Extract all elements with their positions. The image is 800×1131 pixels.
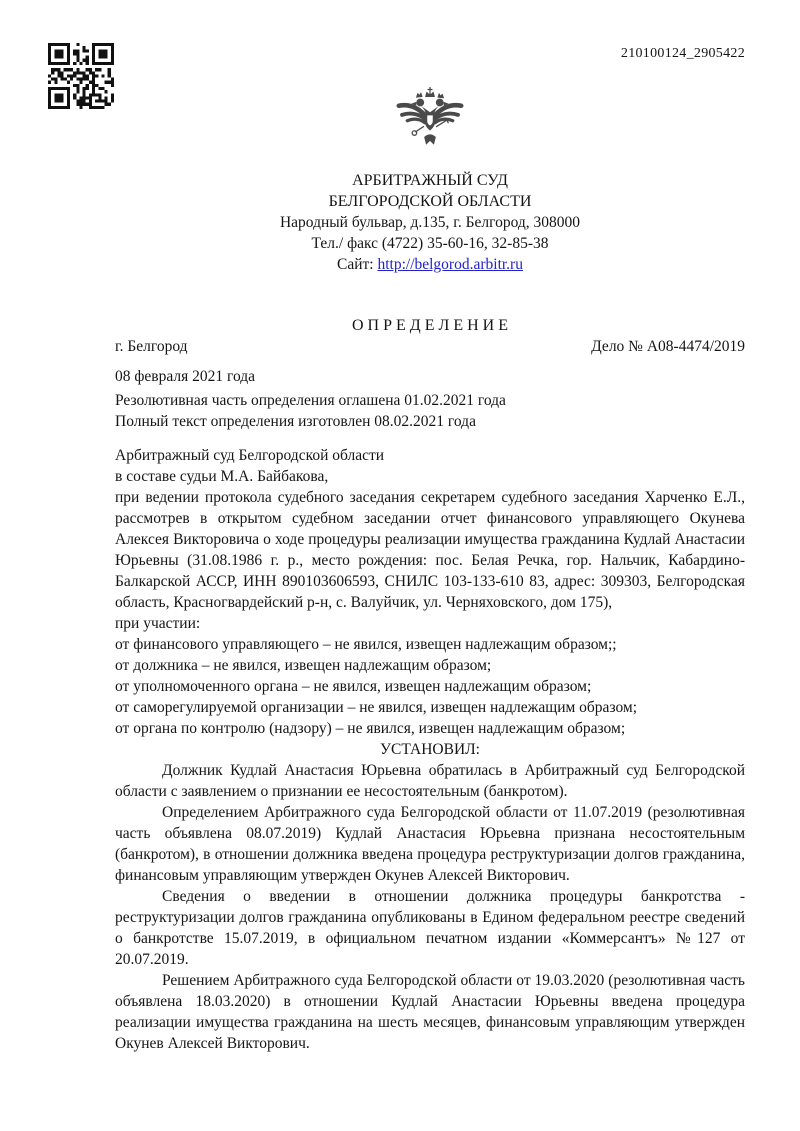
body-paragraph: Определением Арбитражного суда Белгородс…	[115, 802, 745, 886]
court-phone: Тел./ факс (4722) 35-60-16, 32-85-38	[115, 233, 745, 254]
court-address: Народный бульвар, д.135, г. Белгород, 30…	[115, 212, 745, 233]
participant-line: от уполномоченного органа – не явился, и…	[115, 676, 745, 697]
intro-block: Арбитражный суд Белгородской области в с…	[115, 445, 745, 613]
body-paragraph: Решением Арбитражного суда Белгородской …	[115, 970, 745, 1054]
court-website-link[interactable]: http://belgorod.arbitr.ru	[377, 256, 523, 273]
resolution-announced-line: Резолютивная часть определения оглашена …	[115, 390, 745, 411]
city-label: г. Белгород	[115, 336, 188, 357]
case-number: Дело № А08-4474/2019	[591, 336, 745, 357]
document-content: АРБИТРАЖНЫЙ СУД БЕЛГОРОДСКОЙ ОБЛАСТИ Нар…	[115, 0, 745, 1054]
intro-case-details: при ведении протокола судебного заседани…	[115, 487, 745, 613]
intro-judge-line: в составе судьи М.А. Байбакова,	[115, 466, 745, 487]
site-label: Сайт:	[337, 256, 374, 273]
document-title: О П Р Е Д Е Л Е Н И Е	[115, 315, 745, 336]
court-letterhead: АРБИТРАЖНЫЙ СУД БЕЛГОРОДСКОЙ ОБЛАСТИ Нар…	[115, 0, 745, 275]
intro-court-line: Арбитражный суд Белгородской области	[115, 445, 745, 466]
participant-line: от органа по контролю (надзору) – не яви…	[115, 718, 745, 739]
participants-heading: при участии:	[115, 613, 745, 634]
resolution-heading: УСТАНОВИЛ:	[115, 739, 745, 760]
coat-of-arms-icon	[391, 82, 469, 162]
court-name-line2: БЕЛГОРОДСКОЙ ОБЛАСТИ	[115, 191, 745, 212]
city-case-row: г. Белгород Дело № А08-4474/2019	[115, 336, 745, 357]
participant-line: от саморегулируемой организации – не яви…	[115, 697, 745, 718]
full-text-line: Полный текст определения изготовлен 08.0…	[115, 411, 745, 432]
body-paragraph: Сведения о введении в отношении должника…	[115, 886, 745, 970]
court-name-line1: АРБИТРАЖНЫЙ СУД	[115, 170, 745, 191]
court-site-line: Сайт: http://belgorod.arbitr.ru	[115, 254, 745, 275]
qr-code-icon	[48, 43, 114, 109]
document-page: 210100124_2905422	[0, 0, 800, 1131]
document-date: 08 февраля 2021 года	[115, 366, 745, 387]
participant-line: от должника – не явился, извещен надлежа…	[115, 655, 745, 676]
body-paragraph: Должник Кудлай Анастасия Юрьевна обратил…	[115, 760, 745, 802]
participant-line: от финансового управляющего – не явился,…	[115, 634, 745, 655]
